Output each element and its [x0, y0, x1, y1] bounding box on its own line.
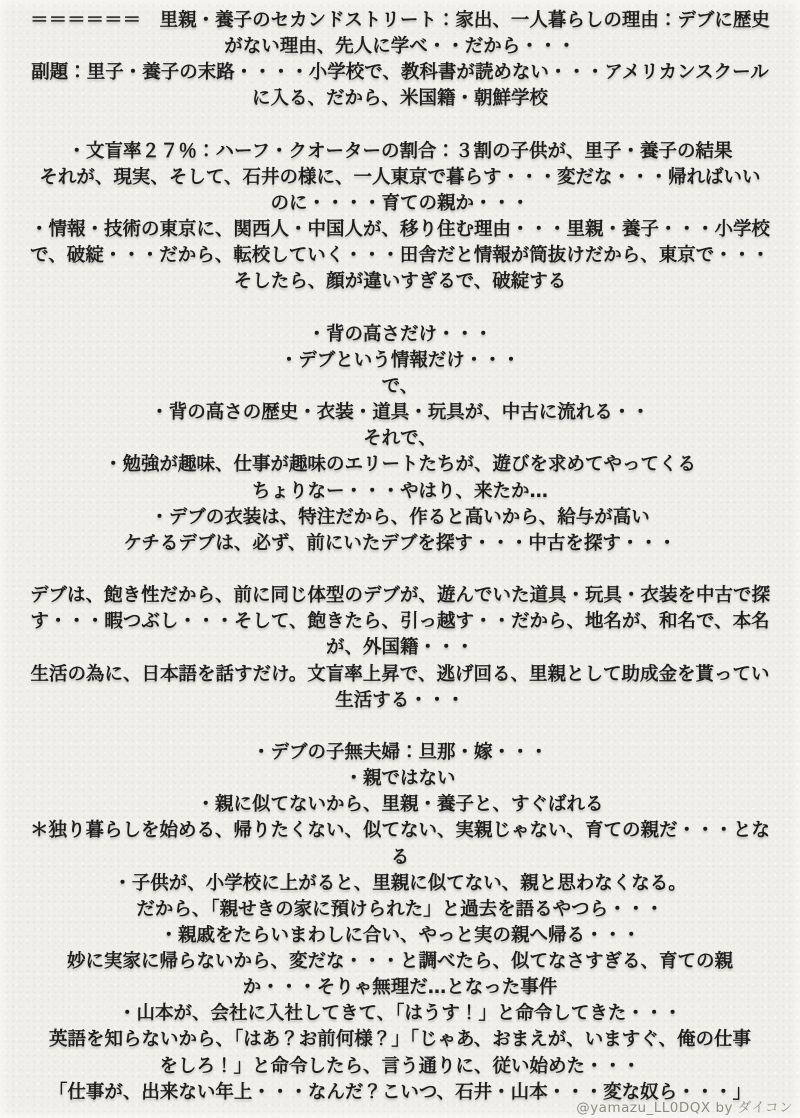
text-line: ・親ではない	[18, 766, 782, 792]
text-line: す・・・暇つぶし・・・そして、飽きたら、引っ越す・・だから、地名が、和名で、本名	[18, 609, 782, 635]
text-line: る	[18, 845, 782, 871]
text-line	[18, 296, 782, 322]
text-line: に入る、だから、米国籍・朝鮮学校	[18, 86, 782, 112]
text-line: ・デブの衣装は、特注だから、作ると高いから、給与が高い	[18, 505, 782, 531]
text-line: ＊独り暮らしを始める、帰りたくない、似てない、実親じゃない、育ての親だ・・・とな	[18, 818, 782, 844]
text-line: 副題：里子・養子の末路・・・・小学校で、教科書が読めない・・・アメリカンスクール	[18, 60, 782, 86]
document-lines: ＝＝＝＝＝＝ 里親・養子のセカンドストリート：家出、一人暮らしの理由：デブに歴史…	[0, 8, 800, 1106]
text-line: ・勉強が趣味、仕事が趣味のエリートたちが、遊びを求めてやってくる	[18, 452, 782, 478]
text-line: がない理由、先人に学べ・・だから・・・	[18, 34, 782, 60]
text-line: それで、	[18, 426, 782, 452]
text-line: 英語を知らないから、「はあ？お前何様？」「じゃあ、おまえが、いますぐ、俺の仕事	[18, 1027, 782, 1053]
text-line: ・山本が、会社に入社してきて、「はうす！」と命令してきた・・・	[18, 1001, 782, 1027]
text-line: 生活の為に、日本語を話すだけ。文盲率上昇で、逃げ回る、里親として助成金を貰ってい	[18, 662, 782, 688]
text-line: で、	[18, 374, 782, 400]
text-line: ・背の高さだけ・・・	[18, 322, 782, 348]
text-line: ・デブという情報だけ・・・	[18, 348, 782, 374]
text-line: のに・・・・育ての親か・・・	[18, 191, 782, 217]
text-line: それが、現実、そして、石井の様に、一人東京で暮らす・・・変だな・・・帰ればいい	[18, 165, 782, 191]
text-line	[18, 113, 782, 139]
text-line: ・親戚をたらいまわしに合い、やっと実の親へ帰る・・・	[18, 923, 782, 949]
text-line: 生活する・・・	[18, 688, 782, 714]
text-line: デブは、飽き性だから、前に同じ体型のデブが、遊んでいた道具・玩具・衣装を中古で探	[18, 583, 782, 609]
text-line: ちょりなー・・・やはり、来たか…	[18, 479, 782, 505]
text-line: ケチるデブは、必ず、前にいたデブを探す・・・中古を探す・・・	[18, 531, 782, 557]
text-line: で、破綻・・・だから、転校していく・・・田舎だと情報が筒抜けだから、東京で・・・	[18, 243, 782, 269]
text-line: ＝＝＝＝＝＝ 里親・養子のセカンドストリート：家出、一人暮らしの理由：デブに歴史	[18, 8, 782, 34]
text-line: か・・・そりゃ無理だ…となった事件	[18, 975, 782, 1001]
text-line: ・デブの子無夫婦：旦那・嫁・・・	[18, 740, 782, 766]
text-line	[18, 557, 782, 583]
text-line: ・親に似てないから、里親・養子と、すぐばれる	[18, 792, 782, 818]
text-line: だから、「親せきの家に預けられた」と過去を語るやつら・・・	[18, 897, 782, 923]
watermark: @yamazu_LL0DQX by ダイコン	[576, 1096, 793, 1116]
text-line: そしたら、顔が違いすぎるで、破綻する	[18, 269, 782, 295]
text-line: ・子供が、小学校に上がると、里親に似てない、親と思わなくなる。	[18, 871, 782, 897]
text-line	[18, 714, 782, 740]
text-line: ・情報・技術の東京に、関西人・中国人が、移り住む理由・・・里親・養子・・・小学校	[18, 217, 782, 243]
text-line: 妙に実家に帰らないから、変だな・・・と調べたら、似てなさすぎる、育ての親	[18, 949, 782, 975]
text-line: ・背の高さの歴史・衣装・道具・玩具が、中古に流れる・・	[18, 400, 782, 426]
text-line: ・文盲率２７％：ハーフ・クオーターの割合：３割の子供が、里子・養子の結果	[18, 139, 782, 165]
text-line: をしろ！」と命令したら、言う通りに、従い始めた・・・	[18, 1054, 782, 1080]
text-line: が、外国籍・・・	[18, 635, 782, 661]
document-page: ＝＝＝＝＝＝ 里親・養子のセカンドストリート：家出、一人暮らしの理由：デブに歴史…	[0, 0, 800, 1118]
